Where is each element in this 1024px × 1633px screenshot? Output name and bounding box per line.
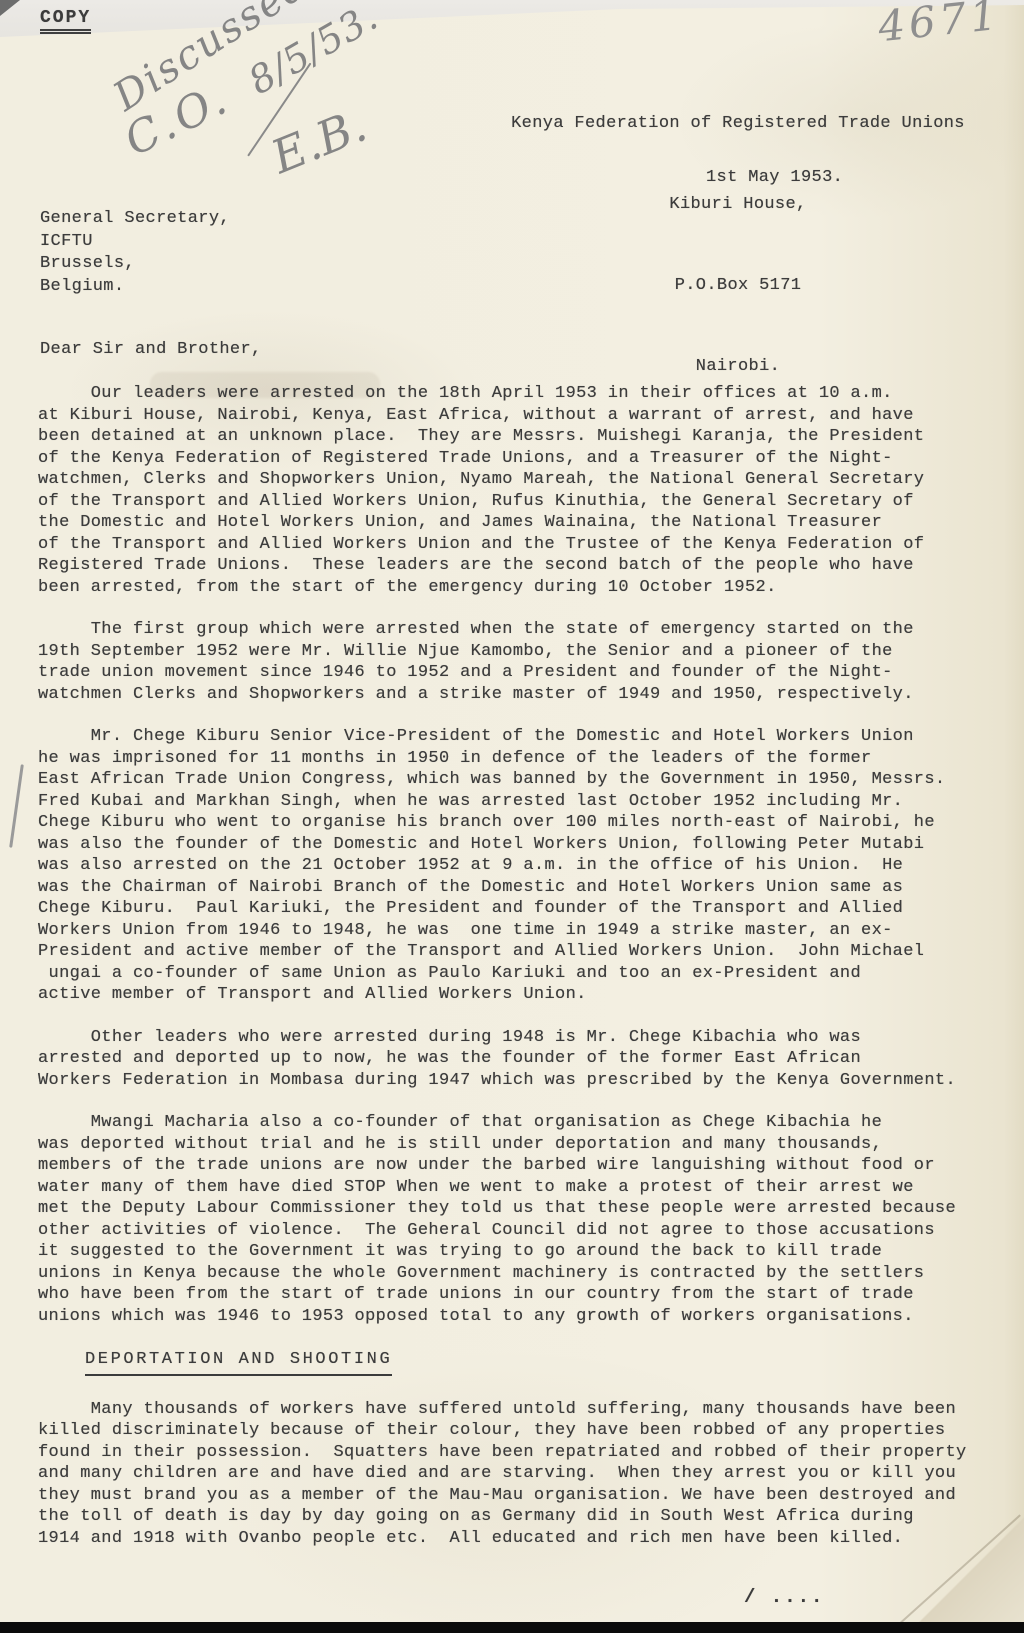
paragraph-first-group: The first group which were arrested when… <box>38 619 998 705</box>
section-heading-deportation: DEPORTATION AND SHOOTING <box>85 1349 392 1376</box>
pencil-margin-mark <box>9 764 23 848</box>
letter-body: Our leaders were arrested on the 18th Ap… <box>38 383 998 1570</box>
scanned-letter-page: COPY 4671 Discussed with 8/5/53. C.O. E.… <box>0 0 1024 1633</box>
archive-number-handwritten: 4671 <box>876 0 1003 51</box>
salutation: Dear Sir and Brother, <box>40 340 262 359</box>
paragraph-many-thousands: Many thousands of workers have suffered … <box>38 1399 998 1550</box>
letterhead-building: Kiburi House, <box>505 191 971 218</box>
letterhead-org-name: Kenya Federation of Registered Trade Uni… <box>505 110 971 137</box>
annotation-initials: E.B. <box>264 98 374 184</box>
paragraph-arrests: Our leaders were arrested on the 18th Ap… <box>38 383 998 598</box>
page-continuation-mark: / .... <box>744 1586 824 1608</box>
letterhead-city: Nairobi. <box>505 353 971 380</box>
letterhead: Kenya Federation of Registered Trade Uni… <box>505 56 971 434</box>
letter-date: 1st May 1953. <box>706 168 843 187</box>
paragraph-chege-kiburu: Mr. Chege Kiburu Senior Vice-President o… <box>38 726 998 1006</box>
scan-bottom-bar <box>0 1622 1024 1633</box>
copy-stamp: COPY <box>40 8 91 34</box>
paragraph-mwangi-macharia: Mwangi Macharia also a co-founder of tha… <box>38 1112 998 1327</box>
scan-top-edge <box>0 0 1024 40</box>
letterhead-po-box: P.O.Box 5171 <box>505 272 971 299</box>
paragraph-other-leaders: Other leaders who were arrested during 1… <box>38 1027 998 1092</box>
recipient-address: General Secretary, ICFTU Brussels, Belgi… <box>40 208 230 298</box>
